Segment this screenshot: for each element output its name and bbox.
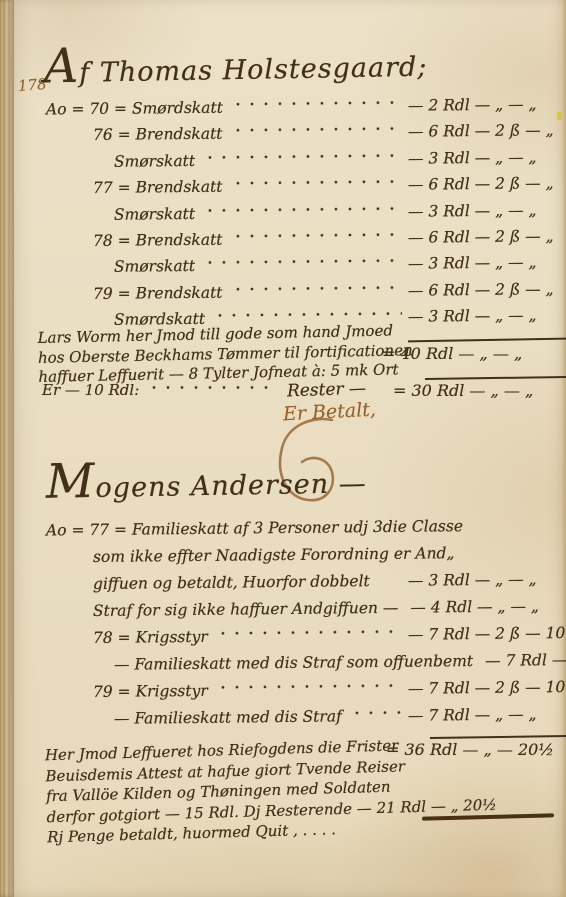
entry-label: 78 = Brendskatt: [93, 230, 223, 249]
entry-label: giffuen og betaldt, Huorfor dobbelt: [93, 572, 370, 593]
entry-label: Ao = 70 = Smørdskatt: [46, 98, 223, 118]
entry-label: som ikke effter Naadigste Forordning er …: [93, 544, 455, 566]
dot-leader: [201, 253, 402, 271]
entry-amount: — 3 Rdl — „ — „: [408, 253, 558, 273]
entry-label: Ao = 77 = Familieskatt af 3 Personer udj…: [46, 517, 463, 539]
dot-leader: [201, 148, 402, 166]
entry-amount: — 4 Rdl — „ — „: [410, 597, 558, 617]
entry-amount: [467, 557, 558, 558]
entry-label: Smørskatt: [114, 257, 195, 276]
entry-amount: — 6 Rdl — 2 ß — „: [408, 174, 558, 194]
entry-amount: — 3 Rdl — „ — „: [408, 306, 558, 326]
dot-leader: [211, 306, 402, 323]
entry-amount: — 7 Rdl — 2 ß — 10½: [408, 624, 558, 644]
manuscript-page: 178 Af Thomas Holstesgaard; Ao = 70 = Sm…: [0, 0, 566, 897]
section1-note-paragraph: Lars Worm her Jmod till gode som hand Jm…: [37, 321, 413, 387]
er-line-row: Er — 10 Rdl:: [42, 380, 282, 399]
dot-leader: [229, 95, 402, 112]
entry-label: Smørskatt: [114, 204, 195, 223]
dot-leader: [214, 624, 402, 641]
entry-label: Straf for sig ikke haffuer Andgiffuen —: [93, 598, 399, 619]
er-line-label: Er — 10 Rdl:: [42, 381, 139, 399]
sum-rule-30: [425, 376, 566, 380]
entry-amount: — 7 Rdl — „ — „: [485, 650, 566, 669]
dot-leader: [201, 200, 402, 218]
dot-leader: [214, 678, 402, 695]
entry-amount: — 7 Rdl — „ — „: [408, 705, 558, 725]
section1-heading: Af Thomas Holstesgaard;: [44, 33, 428, 95]
entry-label: 79 = Krigsstyr: [93, 681, 208, 700]
entry-amount: — 3 Rdl — „ — „: [408, 147, 558, 167]
section2-ledger-entries: Ao = 77 = Familieskatt af 3 Personer udj…: [0, 517, 566, 733]
dot-leader: [228, 227, 402, 244]
section1-total-due: = 40 Rdl — „ — „: [382, 344, 522, 363]
section2-note-paragraph: Her Jmod Leffueret hos Riefogdens die Fr…: [45, 733, 498, 849]
entry-amount: — 3 Rdl — „ — „: [408, 200, 558, 220]
dot-leader: [228, 174, 402, 191]
entry-label: — Familieskatt med dis Straf: [114, 707, 342, 727]
entry-label: Smørskatt: [114, 151, 195, 170]
spacer: [376, 570, 402, 586]
entry-amount: [475, 530, 558, 531]
entry-amount: — 3 Rdl — „ — „: [408, 570, 558, 590]
section2-heading: Mogens Andersen —: [46, 449, 368, 510]
dot-leader: [348, 705, 402, 721]
ledger-entry: — Familieskatt med dis Straf— 7 Rdl — „ …: [0, 703, 566, 736]
section1-ledger-entries: Ao = 70 = Smørdskatt— 2 Rdl — „ — „76 = …: [0, 96, 566, 334]
rest-label: Rester —: [287, 379, 367, 402]
entry-label: 79 = Brendskatt: [93, 283, 223, 302]
sum-rule-40: [408, 338, 566, 343]
entry-label: — Familieskatt med dis Straf som offuenb…: [114, 652, 473, 674]
entry-label: 76 = Brendskatt: [93, 125, 223, 144]
entry-amount: — 6 Rdl — 2 ß — „: [408, 227, 558, 247]
entry-amount: — 6 Rdl — 2 ß — „: [408, 121, 558, 141]
entry-label: 78 = Krigsstyr: [93, 627, 208, 646]
page-number: 178: [17, 75, 47, 95]
dot-leader: [228, 279, 402, 296]
dot-leader: [228, 121, 402, 138]
entry-amount: — 6 Rdl — 2 ß — „: [408, 279, 558, 299]
dot-leader: [145, 380, 276, 395]
entry-amount: — 7 Rdl — 2 ß — 10½: [408, 678, 558, 698]
entry-amount: — 2 Rdl — „ — „: [408, 95, 558, 115]
section1-total-rest: = 30 Rdl — „ — „: [393, 381, 533, 400]
entry-label: 77 = Brendskatt: [93, 177, 223, 196]
